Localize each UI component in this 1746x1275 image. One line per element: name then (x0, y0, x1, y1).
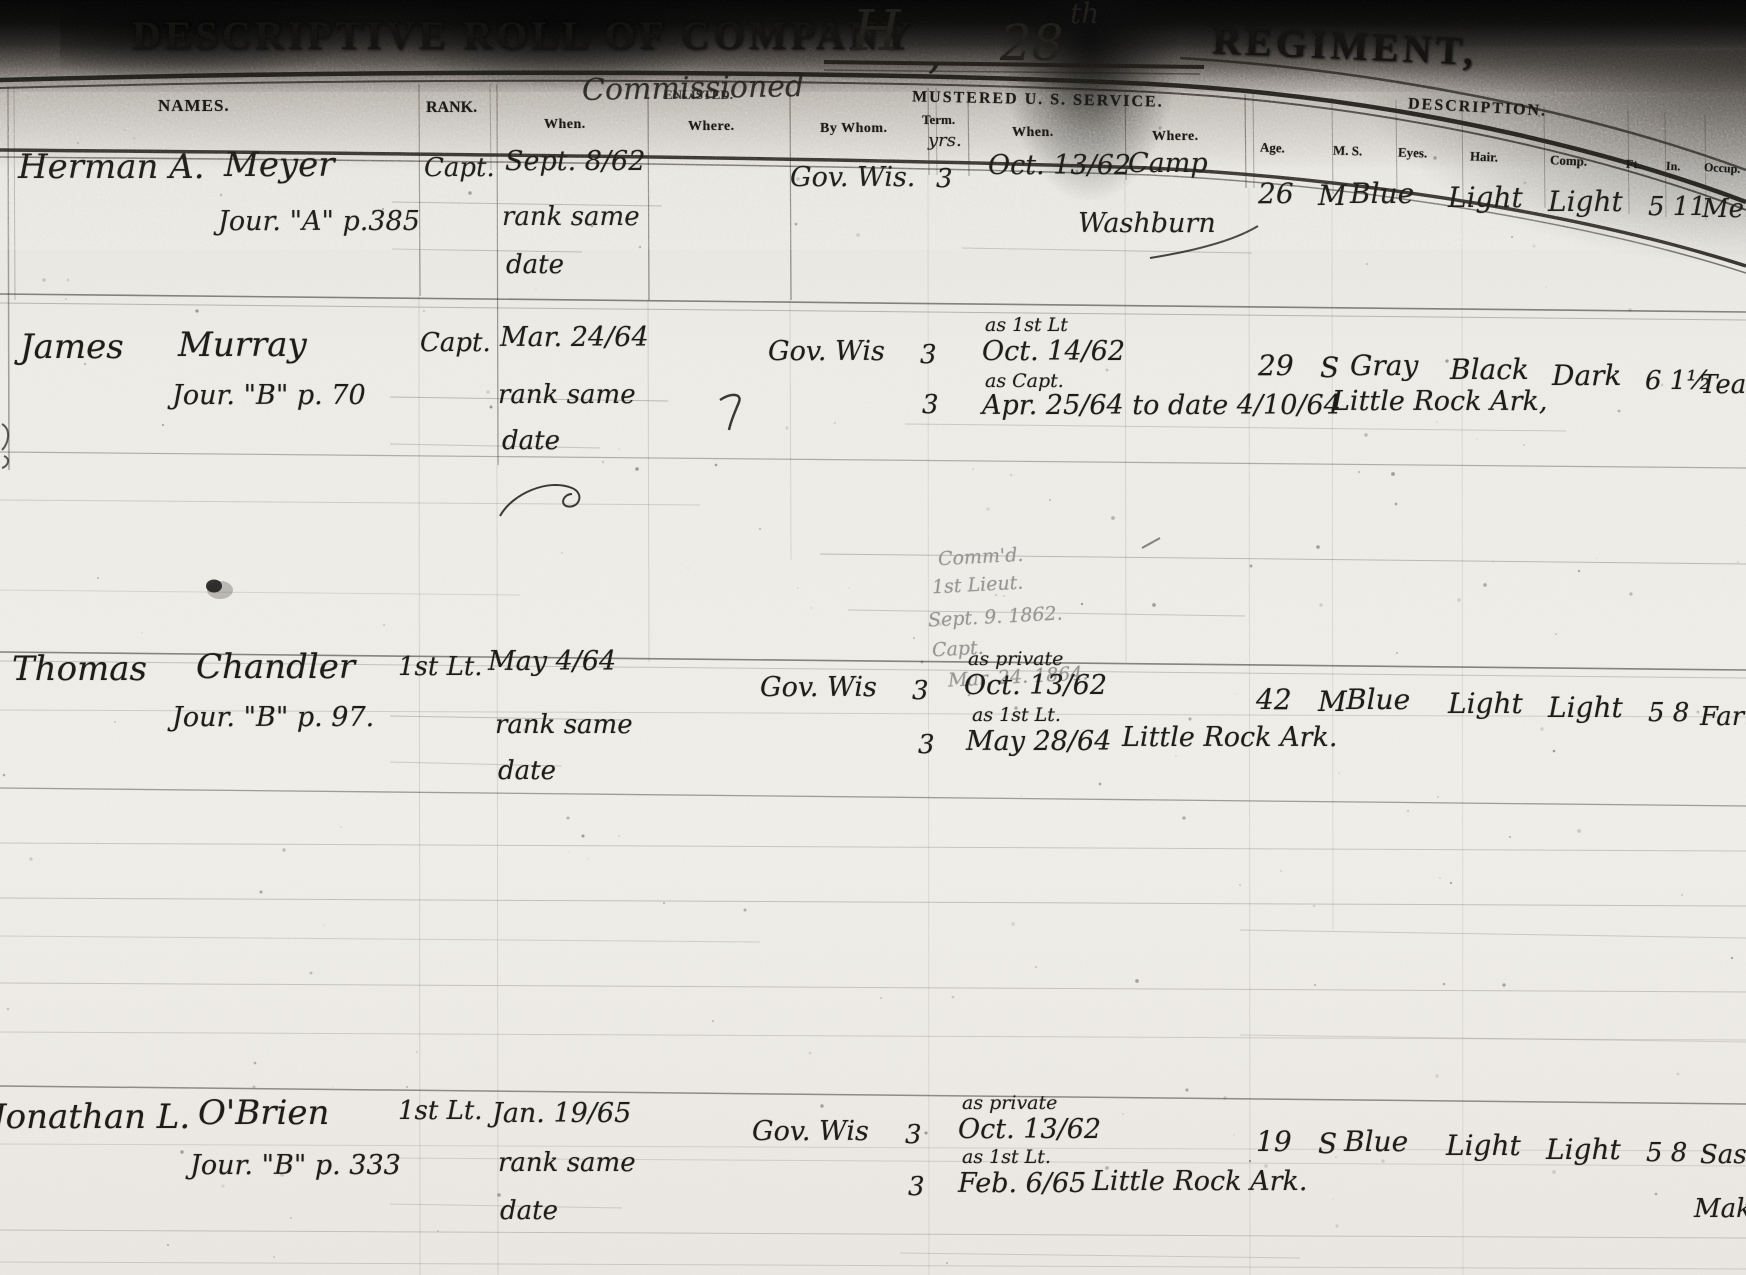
soldier-4-mustered-date: Oct. 13/62 (958, 1116, 1101, 1143)
margin-ink-mark (2, 424, 8, 468)
soldier-4-surname: O'Brien (198, 1096, 329, 1130)
soldier-4-commissioned-note: rank same (498, 1150, 636, 1176)
subheader-feet: Ft. (1626, 158, 1641, 171)
soldier-3-surname: Chandler (196, 650, 355, 684)
enlisted-overwritten-commissioned: Commissioned (582, 72, 805, 106)
soldier-3-term-years: 3 (912, 678, 929, 704)
subheader-mustered-when: When. (1012, 126, 1054, 140)
soldier-1-mustered-where-2: Washburn (1078, 210, 1216, 237)
subheader-marital-status: M. S. (1333, 143, 1363, 157)
soldier-2-mustered-as-label-2: as Capt. (985, 372, 1064, 391)
subheader-enlisted-where: Where. (688, 120, 735, 134)
column-header-names: NAMES. (158, 97, 230, 114)
soldier-4-eyes: Blue (1344, 1128, 1408, 1156)
soldier-4-term-years: 3 (905, 1122, 922, 1148)
soldier-2-commissioned-date: Mar. 24/64 (500, 324, 649, 351)
soldier-2-age: 29 (1258, 352, 1294, 380)
soldier-1-mustered-where: Camp (1128, 150, 1208, 177)
soldier-4-enlisted-by: Gov. Wis (752, 1118, 869, 1145)
subheader-term: Term. (922, 113, 955, 126)
soldier-1-commissioned-note-2: date (506, 252, 564, 278)
soldier-4-occupation-2: Maker (1694, 1196, 1746, 1222)
form-title: DESCRIPTIVE ROLL OF COMPANY (132, 16, 915, 56)
soldier-1-marital-status: M (1318, 182, 1347, 210)
term-unit-handwritten: yrs. (928, 132, 962, 150)
soldier-4-mustered-as-label-2: as 1st Lt. (962, 1148, 1051, 1167)
soldier-3-mustered-date-2: May 28/64 (966, 728, 1111, 755)
soldier-2-given-name: James (20, 330, 124, 364)
soldier-4-age: 19 (1256, 1128, 1292, 1156)
subheader-age: Age. (1260, 141, 1285, 155)
soldier-4-complexion: Light (1546, 1136, 1621, 1164)
soldier-2-term-years-2: 3 (922, 392, 939, 418)
soldier-3-eyes: Blue (1346, 686, 1410, 714)
soldier-3-given-name: Thomas (12, 652, 147, 686)
soldier-4-given-name: Jonathan L. (0, 1100, 190, 1134)
soldier-1-eyes: Blue (1350, 180, 1414, 208)
soldier-4-mustered-where-2: Little Rock Ark. (1092, 1168, 1307, 1195)
soldier-1-surname: Meyer (224, 148, 335, 182)
soldier-1-enlisted-by: Gov. Wis. (790, 164, 915, 191)
soldier-1-commissioned-note: rank same (502, 204, 640, 230)
soldier-1-journal-ref: Jour. "A" p.385 (218, 208, 420, 235)
subheader-mustered-where: Where. (1152, 130, 1199, 144)
soldier-4-height: 5 8 (1646, 1140, 1687, 1166)
soldier-3-height: 5 8 (1648, 700, 1689, 726)
soldier-3-mustered-date: Oct. 13/62 (964, 672, 1107, 699)
pencil-note-line-1: Comm'd. (938, 546, 1024, 569)
pencil-note-line-3: Sept. 9. 1862. (928, 604, 1064, 630)
soldier-3-term-years-2: 3 (918, 732, 935, 758)
soldier-2-mustered-where-2: Little Rock Ark, (1332, 388, 1547, 415)
soldier-2-occupation: Teach (1700, 372, 1746, 398)
soldier-2-mustered-date: Oct. 14/62 (982, 338, 1125, 365)
column-header-rank: RANK. (426, 100, 477, 116)
subheader-eyes: Eyes. (1398, 145, 1428, 159)
soldier-2-surname: Murray (178, 328, 307, 362)
soldier-2-enlisted-by: Gov. Wis (768, 338, 885, 365)
soldier-3-mustered-as-label: as private (968, 650, 1063, 669)
soldier-1-complexion: Light (1548, 188, 1623, 216)
soldier-2-rank: Capt. (420, 330, 491, 356)
subheader-enlisted-by-whom: By Whom. (820, 122, 888, 136)
soldier-2-marital-status: S (1320, 354, 1339, 382)
soldier-3-mustered-where-2: Little Rock Ark. (1122, 724, 1337, 751)
soldier-2-complexion: Dark (1552, 362, 1622, 390)
ink-blot (206, 580, 222, 593)
soldier-3-journal-ref: Jour. "B" p. 97. (172, 704, 374, 731)
soldier-1-commissioned-date: Sept. 8/62 (505, 148, 645, 175)
pencil-note-line-2: 1st Lieut. (932, 574, 1024, 598)
regiment-ordinal-handwritten: th (1070, 0, 1099, 28)
soldier-3-age: 42 (1256, 686, 1292, 714)
descriptive-roll-ledger-page: DESCRIPTIVE ROLL OF COMPANY H , 28 th RE… (0, 0, 1746, 1275)
soldier-2-mustered-date-2: Apr. 25/64 to date 4/10/64 (982, 392, 1341, 419)
soldier-4-occupation: Sash (1700, 1142, 1746, 1168)
soldier-4-marital-status: S (1318, 1130, 1337, 1158)
soldier-4-rank: 1st Lt. (398, 1098, 483, 1124)
soldier-3-commissioned-note: rank same (495, 712, 633, 738)
regiment-number-handwritten: 28 (1000, 18, 1064, 68)
soldier-3-rank: 1st Lt. (398, 654, 483, 680)
ink-blot-halo (207, 581, 233, 599)
subheader-complexion: Comp. (1550, 153, 1588, 168)
soldier-1-given-name: Herman A. (18, 150, 205, 184)
soldier-3-commissioned-note-2: date (498, 758, 556, 784)
scan-corner-shade (1316, 50, 1746, 280)
soldier-4-term-years-2: 3 (908, 1174, 925, 1200)
soldier-2-mustered-as-label: as 1st Lt (985, 316, 1068, 335)
ink-check-mark (720, 395, 740, 430)
subheader-enlisted-when: When. (544, 118, 586, 132)
soldier-1-term-years: 3 (936, 166, 953, 192)
soldier-4-mustered-date-2: Feb. 6/65 (958, 1170, 1086, 1197)
ink-tick-mark (1142, 538, 1160, 548)
soldier-1-age: 26 (1258, 180, 1294, 208)
soldier-1-hair: Light (1448, 184, 1523, 212)
ink-squiggle-mark (500, 485, 579, 516)
soldier-1-occupation: Merch (1702, 196, 1746, 222)
subheader-occupation: Occup. (1704, 161, 1741, 175)
soldier-1-rank: Capt. (424, 155, 495, 181)
soldier-3-complexion: Light (1548, 694, 1623, 722)
soldier-2-eyes: Gray (1350, 352, 1418, 380)
soldier-1-height: 5 11 (1648, 194, 1706, 220)
soldier-2-hair: Black (1450, 356, 1529, 384)
soldier-3-mustered-as-label-2: as 1st Lt. (972, 706, 1061, 725)
soldier-3-hair: Light (1448, 690, 1523, 718)
company-comma: , (928, 32, 942, 76)
soldier-2-commissioned-note-2: date (502, 428, 560, 454)
soldier-1-mustered-date: Oct. 13/62 (988, 152, 1131, 179)
soldier-3-marital-status: M (1318, 688, 1347, 716)
soldier-3-enlisted-by: Gov. Wis (760, 674, 877, 701)
soldier-3-commissioned-date: May 4/64 (488, 648, 616, 675)
soldier-4-commissioned-date: Jan. 19/65 (492, 1100, 631, 1127)
subheader-hair: Hair. (1470, 149, 1499, 163)
soldier-4-hair: Light (1446, 1132, 1521, 1160)
soldier-3-occupation: Farmer (1700, 704, 1746, 730)
soldier-4-commissioned-note-2: date (500, 1198, 558, 1224)
soldier-2-commissioned-note: rank same (498, 382, 636, 408)
soldier-2-term-years: 3 (920, 342, 937, 368)
company-letter-handwritten: H (852, 4, 901, 60)
subheader-inches: In. (1666, 160, 1681, 173)
soldier-4-journal-ref: Jour. "B" p. 333 (190, 1152, 401, 1179)
soldier-2-journal-ref: Jour. "B" p. 70 (172, 382, 366, 409)
soldier-4-mustered-as-label: as private (962, 1094, 1057, 1113)
